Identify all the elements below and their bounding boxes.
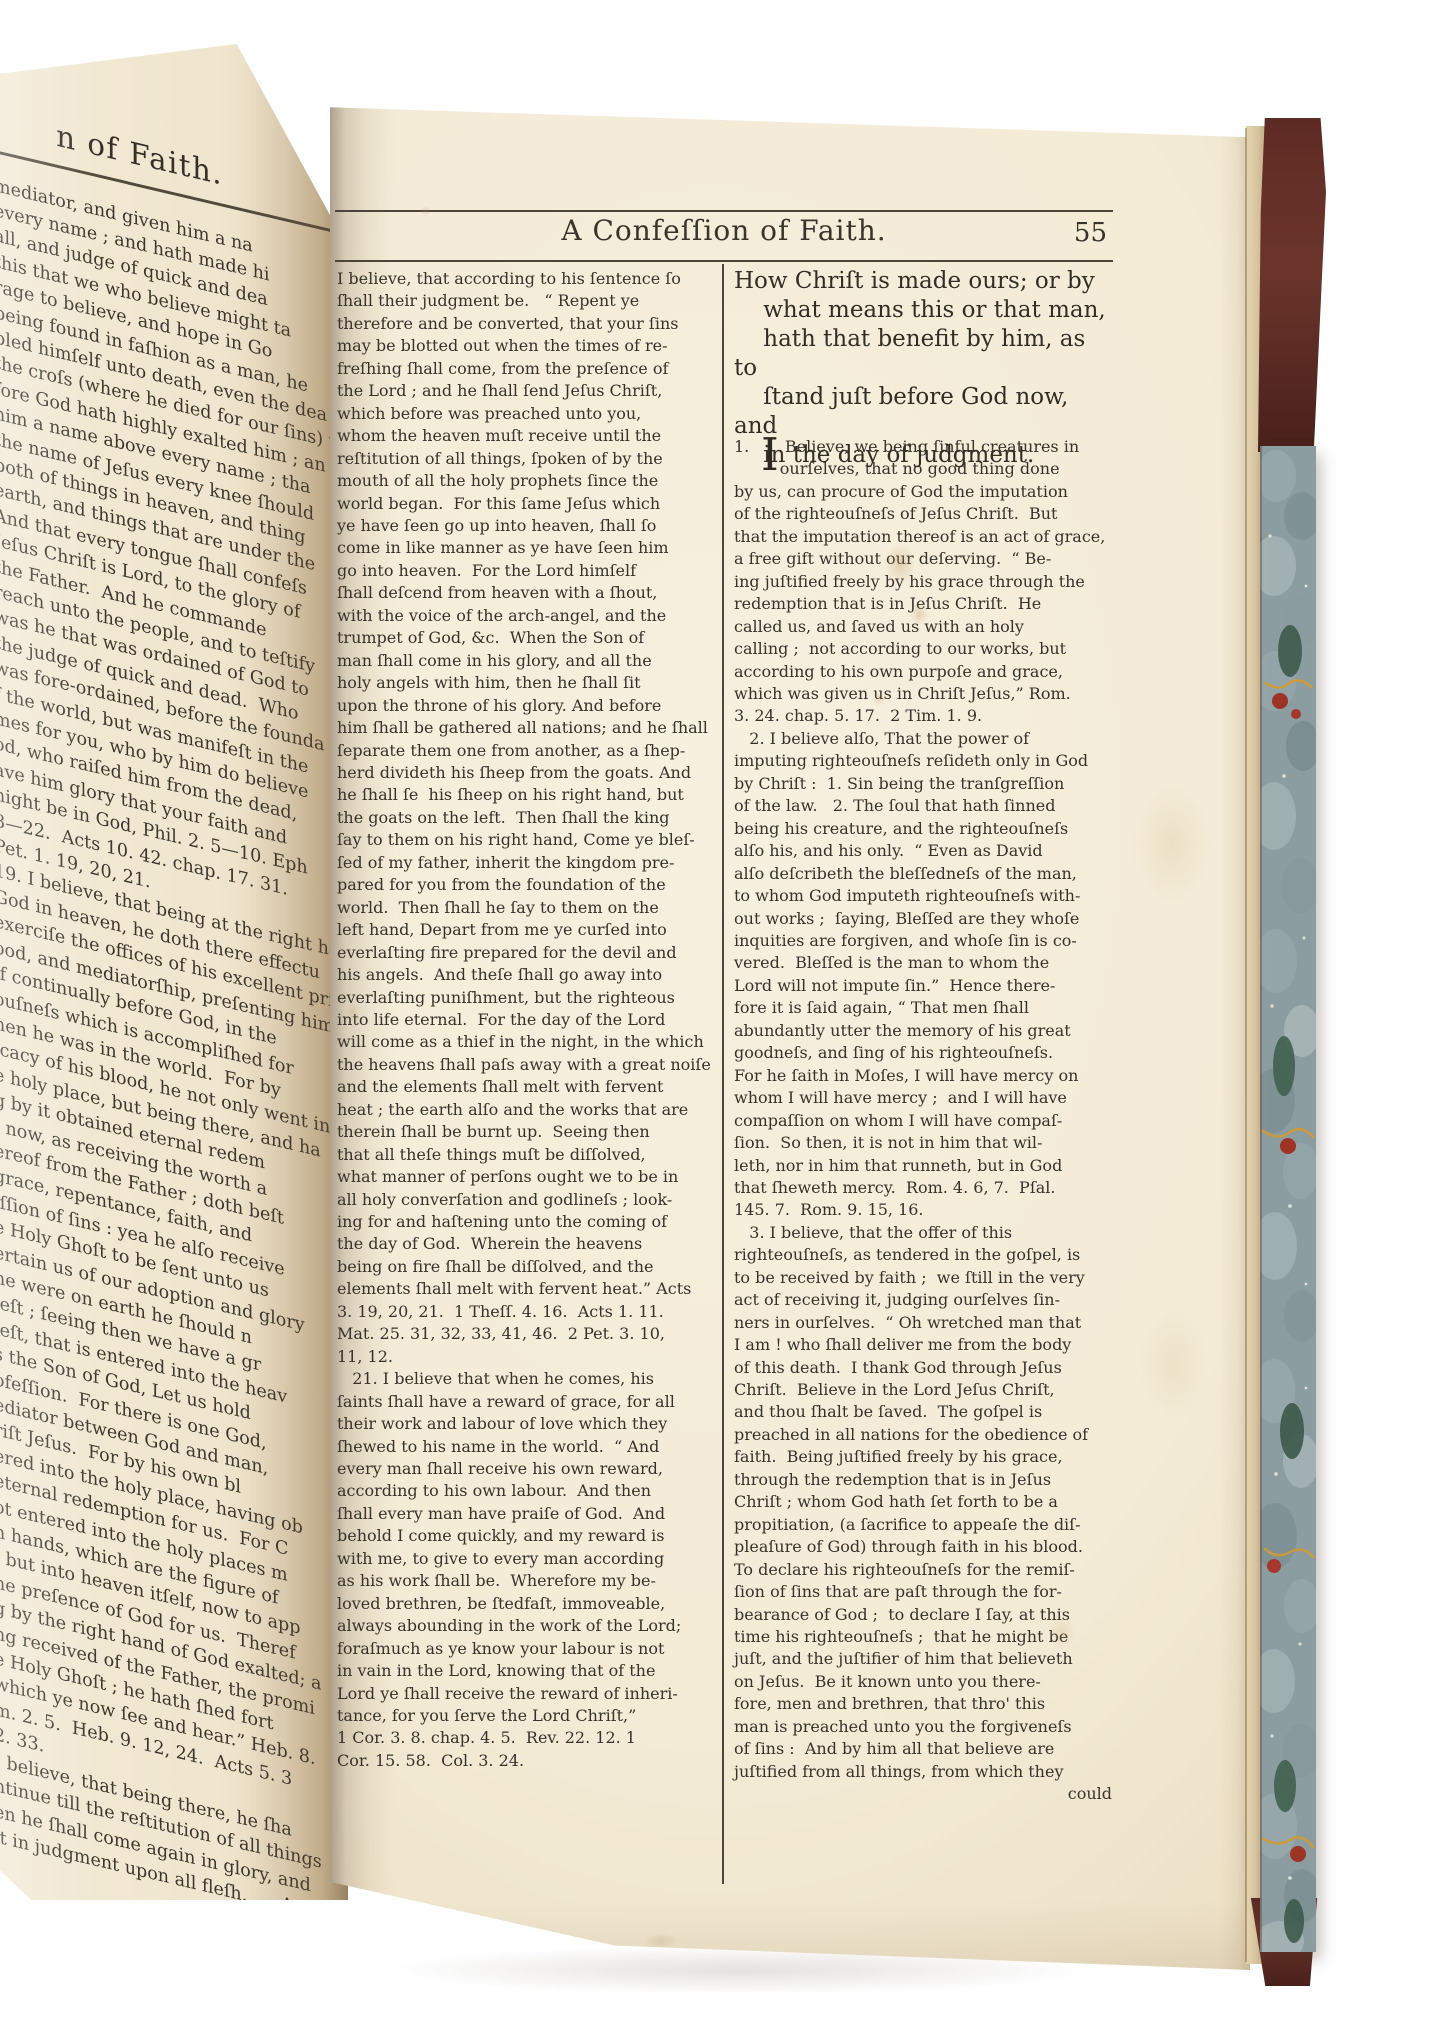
verso-text: mediator, and given him a na every name … — [0, 173, 348, 1901]
right-page: A Confeſſion of Faith. 55 I believe, tha… — [330, 96, 1250, 1970]
left-page-tilted-text: n of Faith. mediator, and given him a na… — [0, 104, 348, 1900]
header-rule-bottom — [335, 260, 1113, 262]
header-rule-top — [335, 210, 1113, 212]
left-column-text: I believe, that according to his ſentenc… — [337, 268, 721, 1772]
page-edge-line — [1245, 128, 1247, 1962]
foxing-stain — [1126, 1286, 1222, 1442]
left-page: n of Faith. mediator, and given him a na… — [0, 44, 348, 1900]
marbled-endpaper — [1260, 446, 1316, 1952]
foxing-stain — [1116, 756, 1228, 932]
leather-cover-top — [1258, 118, 1326, 452]
marble-pattern-graphic — [1260, 446, 1316, 1952]
page-number: 55 — [335, 218, 1107, 248]
right-column-text: 1. Believe, we being ſinful creatures in… — [734, 436, 1116, 1783]
book-photo: n of Faith. mediator, and given him a na… — [0, 0, 1445, 2023]
column-divider-rule — [722, 264, 724, 1884]
catchword: could — [734, 1784, 1112, 1803]
